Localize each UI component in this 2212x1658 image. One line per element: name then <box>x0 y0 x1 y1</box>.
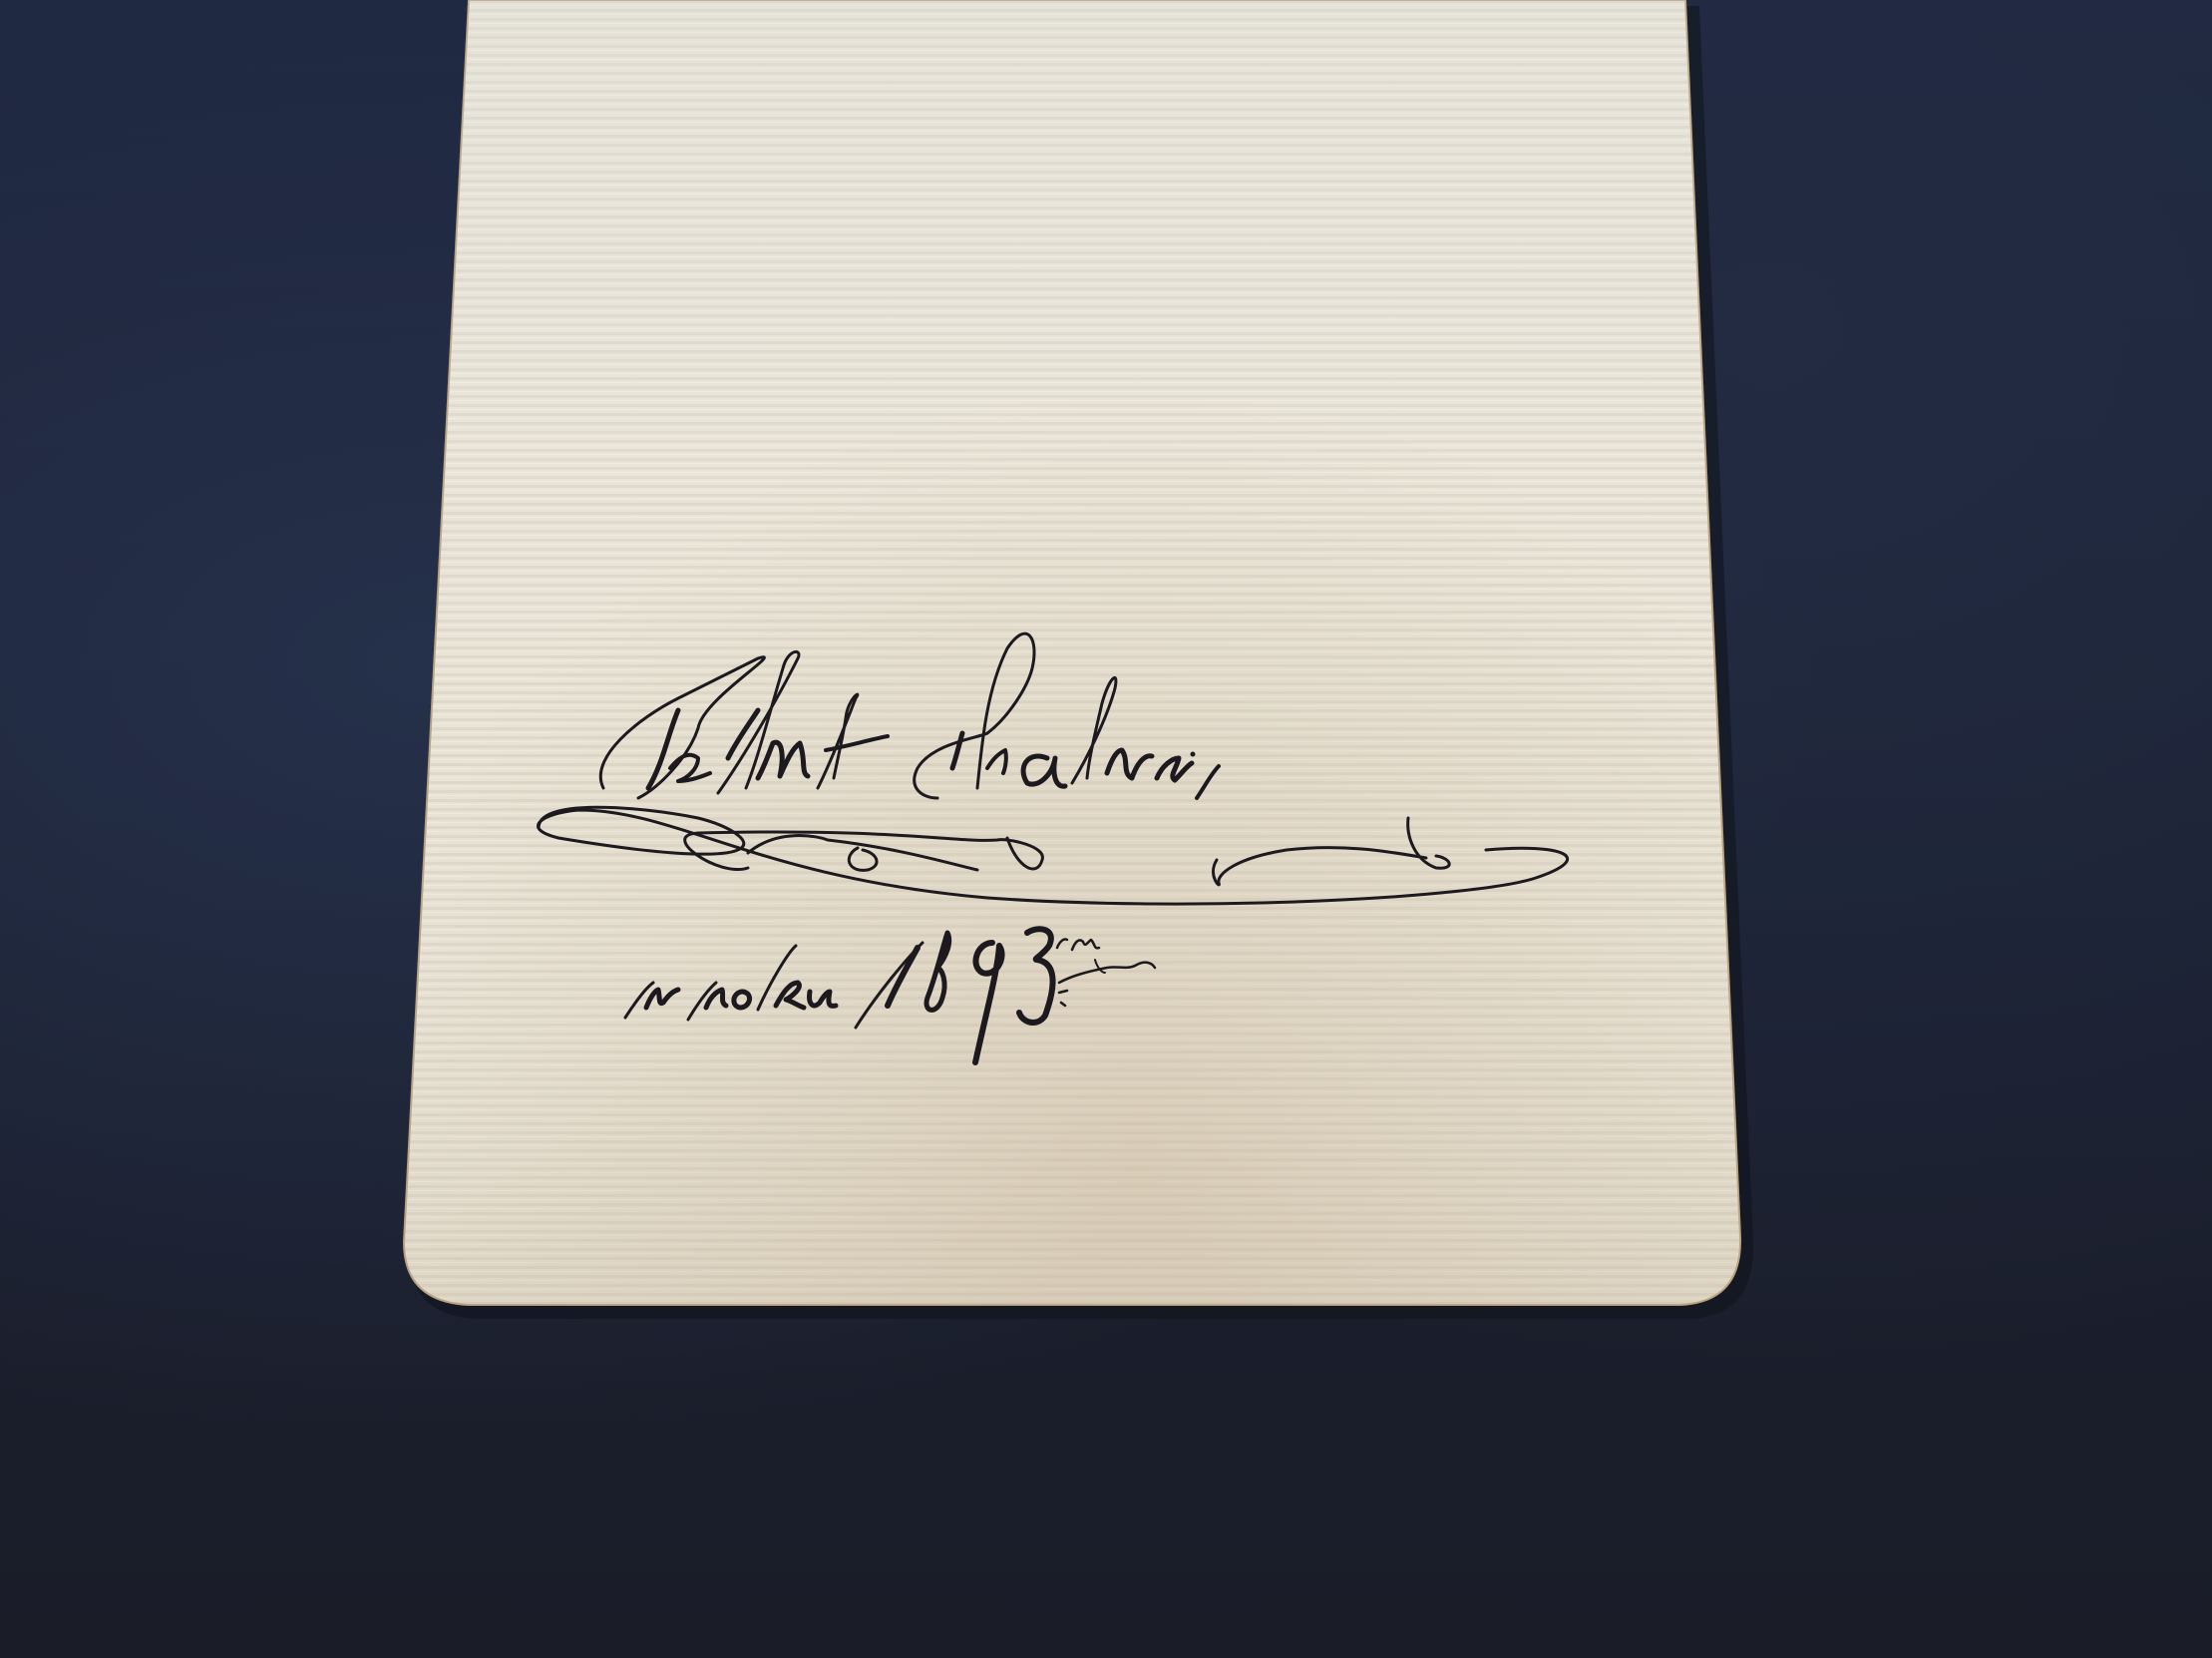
card-scene <box>0 0 2212 1658</box>
